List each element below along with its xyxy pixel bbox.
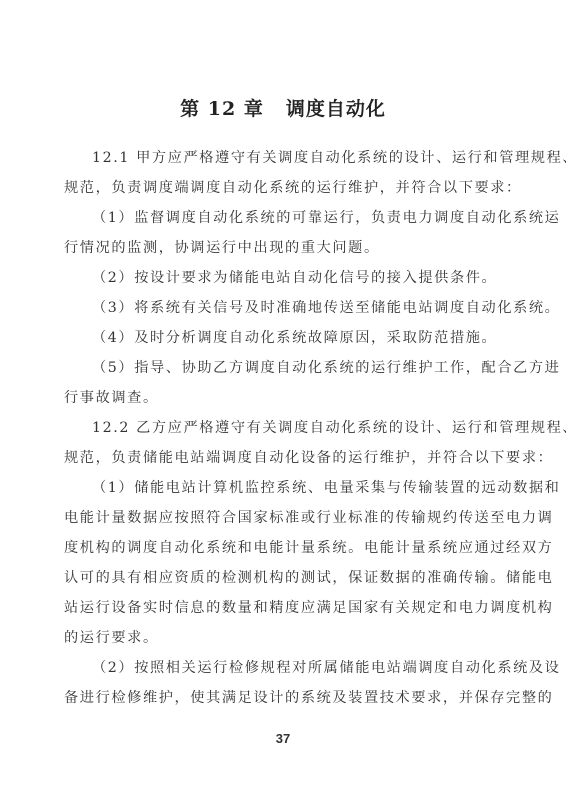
text-line: 备进行检修维护，使其满足设计的系统及装置技术要求，并保存完整的 — [64, 688, 514, 708]
chapter-name: 调度自动化 — [286, 98, 386, 120]
text-line: 12.2 乙方应严格遵守有关调度自动化系统的设计、运行和管理规程、 — [92, 418, 514, 438]
text-line: 度机构的调度自动化系统和电能计量系统。电能计量系统应通过经双方 — [64, 538, 514, 558]
text-line: 规范，负责储能电站端调度自动化设备的运行维护，并符合以下要求： — [64, 448, 514, 468]
text-line: （2）按照相关运行检修规程对所属储能电站端调度自动化系统及设 — [92, 658, 514, 678]
text-line: 规范，负责调度端调度自动化系统的运行维护，并符合以下要求： — [64, 178, 514, 198]
text-line: （5）指导、协助乙方调度自动化系统的运行维护工作，配合乙方进 — [92, 358, 514, 378]
page-number: 37 — [0, 731, 566, 746]
text-line: 行情况的监测，协调运行中出现的重大问题。 — [64, 238, 514, 258]
text-line: （2）按设计要求为储能电站自动化信号的接入提供条件。 — [92, 268, 514, 288]
text-line: （1）储能电站计算机监控系统、电量采集与传输装置的远动数据和 — [92, 478, 514, 498]
text-line: 电能计量数据应按照符合国家标准或行业标准的传输规约传送至电力调 — [64, 508, 514, 528]
text-line: （1）监督调度自动化系统的可靠运行，负责电力调度自动化系统运 — [92, 208, 514, 228]
text-line: 12.1 甲方应严格遵守有关调度自动化系统的设计、运行和管理规程、 — [92, 148, 514, 168]
document-page: 第 12 章调度自动化 12.1 甲方应严格遵守有关调度自动化系统的设计、运行和… — [0, 0, 566, 800]
text-line: 行事故调查。 — [64, 388, 514, 408]
chapter-number: 第 12 章 — [180, 98, 264, 120]
text-line: （3）将系统有关信号及时准确地传送至储能电站调度自动化系统。 — [92, 298, 514, 318]
chapter-title: 第 12 章调度自动化 — [0, 94, 566, 121]
text-line: 的运行要求。 — [64, 628, 514, 648]
text-line: 认可的具有相应资质的检测机构的测试，保证数据的准确传输。储能电 — [64, 568, 514, 588]
text-line: （4）及时分析调度自动化系统故障原因，采取防范措施。 — [92, 328, 514, 348]
text-line: 站运行设备实时信息的数量和精度应满足国家有关规定和电力调度机构 — [64, 598, 514, 618]
